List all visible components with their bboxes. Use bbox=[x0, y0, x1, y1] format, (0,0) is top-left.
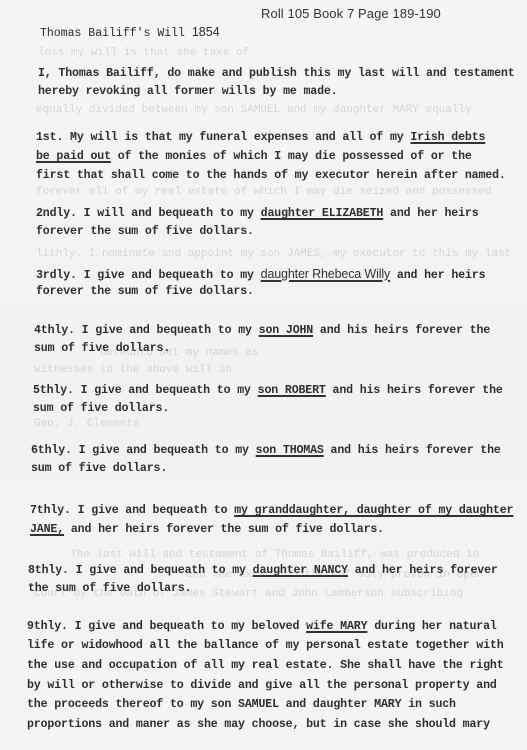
line-text: 2ndly. I will and bequeath to my bbox=[36, 207, 261, 220]
line-text: of the monies of which I may die possess… bbox=[111, 150, 472, 163]
underlined-beneficiary: daughter NANCY bbox=[253, 564, 348, 577]
bleed-through-text: forever all of my real estate of which I… bbox=[36, 186, 491, 198]
document-title: Thomas Bailiff's Will 1854 bbox=[40, 25, 220, 40]
text-line: I, Thomas Bailiff, do make and publish t… bbox=[38, 67, 515, 80]
text-line: the proceeds thereof to my son SAMUEL an… bbox=[27, 698, 456, 711]
line-text: 9thly. I give and bequeath to my beloved bbox=[27, 620, 306, 633]
record-reference: Roll 105 Book 7 Page 189-190 bbox=[261, 6, 441, 21]
text-line: the sum of five dollars. bbox=[28, 582, 191, 595]
line-text: 7thly. I give and bequeath to bbox=[30, 504, 234, 517]
underlined-beneficiary: JANE, bbox=[30, 523, 64, 536]
text-line: forever the sum of five dollars. bbox=[36, 225, 254, 238]
text-line: be paid out of the monies of which I may… bbox=[36, 150, 472, 163]
text-line: 9thly. I give and bequeath to my beloved… bbox=[27, 620, 497, 633]
document-page: loss my will is that she take of equally… bbox=[0, 0, 527, 750]
line-text: by will or otherwise to divide and give … bbox=[27, 679, 497, 692]
text-line: 2ndly. I will and bequeath to my daughte… bbox=[36, 207, 479, 220]
underlined-beneficiary: son THOMAS bbox=[256, 444, 324, 457]
line-text: forever the sum of five dollars. bbox=[36, 225, 254, 238]
line-text: life or widowhood all the ballance of my… bbox=[27, 639, 504, 652]
line-text: during her natural bbox=[367, 620, 496, 633]
text-line: 7thly. I give and bequeath to my grandda… bbox=[30, 504, 513, 517]
bleed-through-text: lithly. I nominate and appoint my son JA… bbox=[36, 248, 511, 260]
line-text: sum of five dollars. bbox=[33, 402, 169, 415]
line-text: the sum of five dollars. bbox=[28, 582, 191, 595]
text-line: sum of five dollars. bbox=[33, 402, 169, 415]
text-line: 4thly. I give and bequeath to my son JOH… bbox=[34, 324, 490, 337]
text-line: first that shall come to the hands of my… bbox=[36, 169, 506, 182]
text-line: proportions and maner as she may choose,… bbox=[27, 718, 490, 731]
line-text: proportions and maner as she may choose,… bbox=[27, 718, 490, 731]
line-text: and her heirs bbox=[390, 269, 485, 282]
line-text: 4thly. I give and bequeath to my bbox=[34, 324, 259, 337]
bleed-through-text: witnesses to the above will in bbox=[34, 364, 232, 376]
text-line: life or widowhood all the ballance of my… bbox=[27, 639, 504, 652]
text-line: sum of five dollars. bbox=[31, 462, 167, 475]
line-text: and his heirs forever the bbox=[324, 444, 501, 457]
underlined-beneficiary: son ROBERT bbox=[258, 384, 326, 397]
line-text: 6thly. I give and bequeath to my bbox=[31, 444, 256, 457]
underlined-beneficiary: my granddaughter, daughter of my daughte… bbox=[234, 504, 513, 517]
line-text: first that shall come to the hands of my… bbox=[36, 169, 506, 182]
text-line: hereby revoking all former wills by me m… bbox=[38, 85, 338, 98]
line-text: the use and occupation of all my real es… bbox=[27, 659, 504, 672]
line-text: 1st. My will is that my funeral expenses… bbox=[36, 131, 410, 144]
text-line: 3rdly. I give and bequeath to my daughte… bbox=[36, 267, 485, 282]
line-text: 3rdly. I give and bequeath to my bbox=[36, 269, 261, 282]
text-line: 5thly. I give and bequeath to my son ROB… bbox=[33, 384, 503, 397]
line-text: and her heirs forever the sum of five do… bbox=[64, 523, 384, 536]
line-text: the proceeds thereof to my son SAMUEL an… bbox=[27, 698, 456, 711]
line-text: sum of five dollars. bbox=[34, 342, 170, 355]
bleed-through-text: equally divided between my son SAMUEL an… bbox=[36, 104, 472, 116]
line-text: and her heirs bbox=[383, 207, 478, 220]
title-year: 1854 bbox=[192, 25, 220, 39]
text-line: sum of five dollars. bbox=[34, 342, 170, 355]
text-line: 6thly. I give and bequeath to my son THO… bbox=[31, 444, 501, 457]
text-line: the use and occupation of all my real es… bbox=[27, 659, 504, 672]
line-text: and his heirs forever the bbox=[326, 384, 503, 397]
text-line: 8thly. I give and bequeath to my daughte… bbox=[28, 564, 498, 577]
bleed-through-text: The last will and testament of Thomas Ba… bbox=[70, 549, 479, 561]
line-text: sum of five dollars. bbox=[31, 462, 167, 475]
text-line: forever the sum of five dollars. bbox=[36, 285, 254, 298]
line-text: 5thly. I give and bequeath to my bbox=[33, 384, 258, 397]
line-text: forever the sum of five dollars. bbox=[36, 285, 254, 298]
bleed-through-text: Geo. J. Clements bbox=[34, 418, 140, 430]
underlined-beneficiary: wife MARY bbox=[306, 620, 367, 633]
text-line: by will or otherwise to divide and give … bbox=[27, 679, 497, 692]
text-line: 1st. My will is that my funeral expenses… bbox=[36, 131, 485, 144]
underlined-beneficiary: daughter ELIZABETH bbox=[261, 207, 384, 220]
line-text: 8thly. I give and bequeath to my bbox=[28, 564, 253, 577]
text-line: JANE, and her heirs forever the sum of f… bbox=[30, 523, 384, 536]
line-text: and his heirs forever the bbox=[313, 324, 490, 337]
underlined-beneficiary: Irish debts bbox=[410, 131, 485, 144]
title-text: Thomas Bailiff's Will bbox=[40, 27, 185, 40]
bleed-through-text: loss my will is that she take of bbox=[38, 47, 249, 59]
underlined-beneficiary: be paid out bbox=[36, 150, 111, 163]
underlined-beneficiary: daughter Rhebeca Willy bbox=[261, 267, 390, 281]
underlined-beneficiary: son JOHN bbox=[259, 324, 313, 337]
line-text: and her heirs forever bbox=[348, 564, 498, 577]
